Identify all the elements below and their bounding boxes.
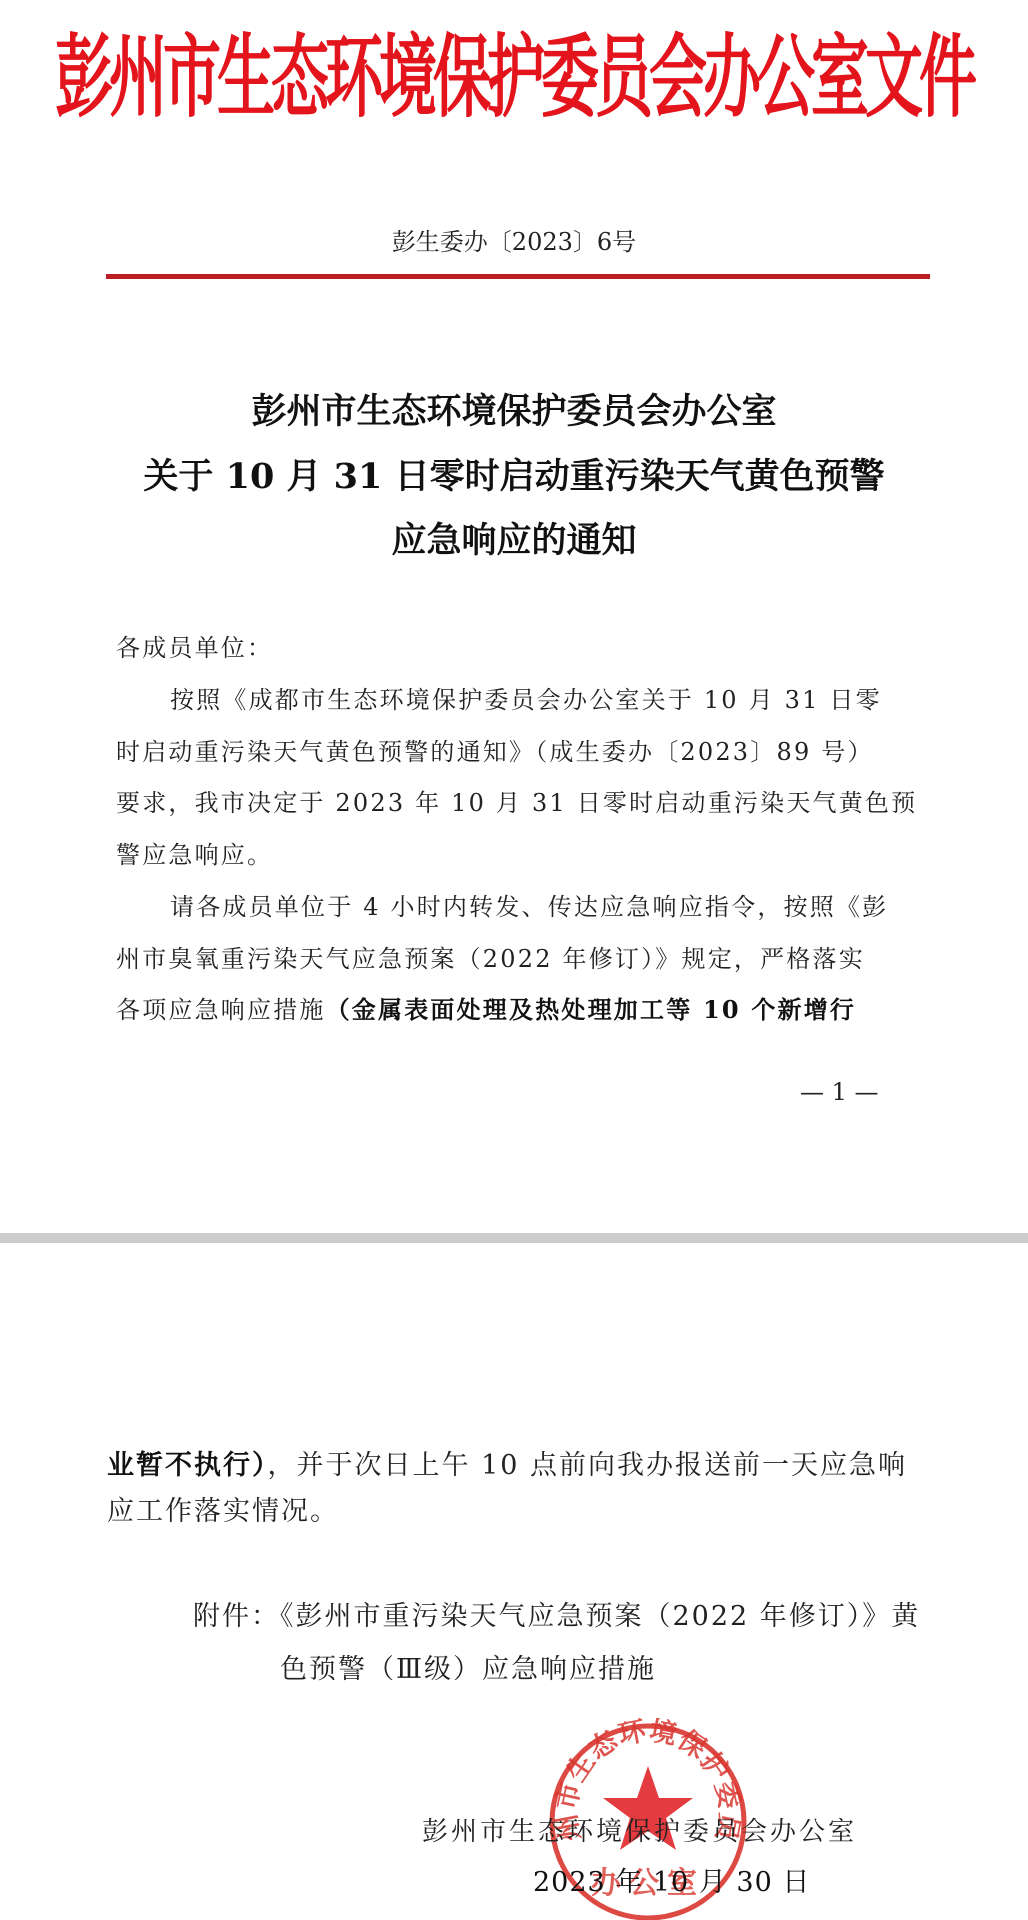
body-line-mixed: 各项应急响应措施（金属表面处理及热处理加工等 10 个新增行 [116,995,856,1025]
attachment-line-1: 附件：《彭州市重污染天气应急预案（2022 年修订）》黄 [193,1600,920,1634]
body-line: 警应急响应。 [116,840,273,870]
body-line: 要求，我市决定于 2023 年 10 月 31 日零时启动重污染天气黄色预 [116,788,917,818]
body-line: 请各成员单位于 4 小时内转发、传达应急响应指令，按照《彭 [170,892,888,922]
salutation: 各成员单位： [116,633,273,663]
issue-date: 2023 年 10 月 30 日 [533,1866,810,1900]
continuation-line-2: 应工作落实情况。 [107,1495,339,1529]
bold-emphasis-text: （金属表面处理及热处理加工等 10 个新增行 [326,995,857,1024]
bold-emphasis-text: 业暂不执行） [107,1450,268,1481]
attachment-line-2: 色预警（Ⅲ级）应急响应措施 [280,1653,656,1687]
notice-title-line-2: 关于 10 月 31 日零时启动重污染天气黄色预警 [0,455,1028,499]
red-header-rule [106,274,930,279]
document-number: 彭生委办〔2023〕6号 [0,227,1028,257]
issuer-signature: 彭州市生态环境保护委员会办公室 [422,1815,857,1849]
masthead-title: 彭州市生态环境保护委员会办公室文件 [0,0,1028,162]
body-line: 按照《成都市生态环境保护委员会办公室关于 10 月 31 日零 [170,685,882,715]
page-number: — 1 — [800,1077,879,1107]
notice-title-line-3: 应急响应的通知 [0,519,1028,563]
notice-title-line-1: 彭州市生态环境保护委员会办公室 [0,390,1028,434]
body-text: ，并于次日上午 10 点前向我办报送前一天应急响 [268,1450,908,1481]
page-separator [0,1233,1028,1243]
continuation-line: 业暂不执行），并于次日上午 10 点前向我办报送前一天应急响 [107,1449,907,1483]
body-line: 时启动重污染天气黄色预警的通知》（成生委办〔2023〕89 号） [116,737,874,767]
body-text: 各项应急响应措施 [116,996,326,1024]
document-page-1: 彭州市生态环境保护委员会办公室文件 彭生委办〔2023〕6号 彭州市生态环境保护… [0,0,1028,1233]
body-line: 州市臭氧重污染天气应急预案（2022 年修订）》规定，严格落实 [116,944,865,974]
